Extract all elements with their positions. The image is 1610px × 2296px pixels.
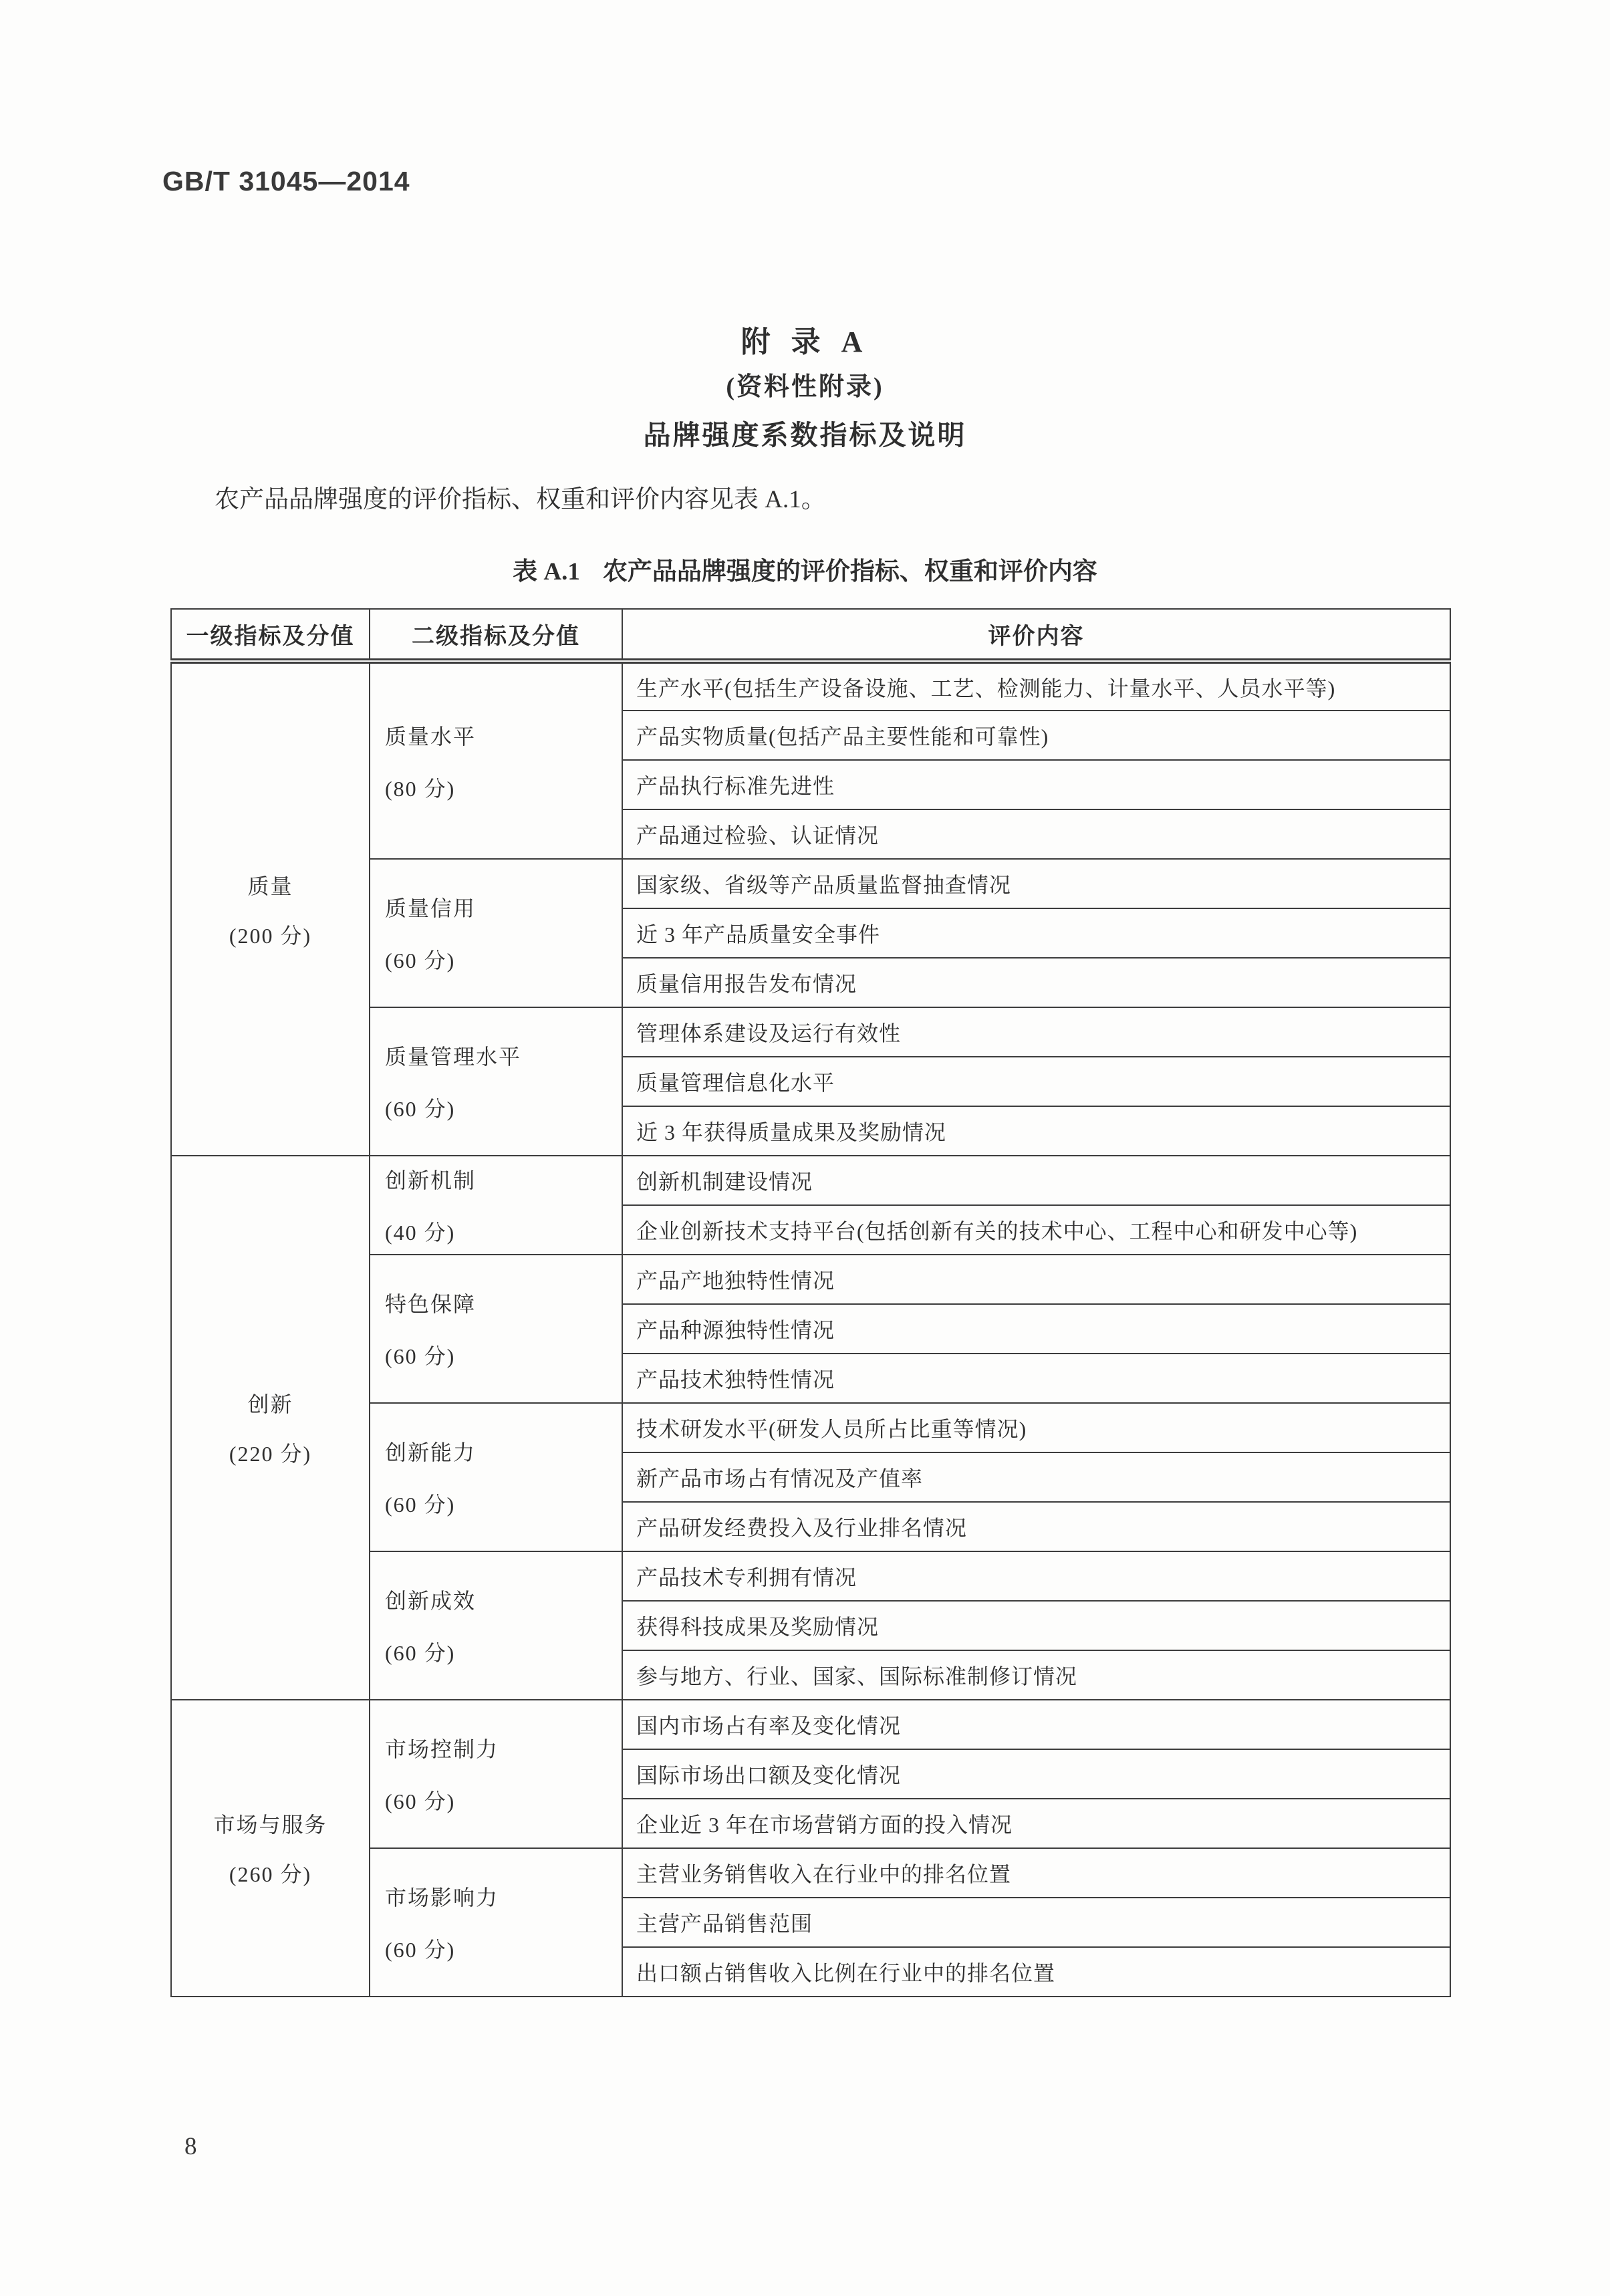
level2-name: 创新机制 [385,1164,621,1194]
evaluation-item: 国家级、省级等产品质量监督抽查情况 [622,859,1450,908]
evaluation-item: 产品研发经费投入及行业排名情况 [622,1502,1450,1551]
level2-score: (80 分) [385,772,621,803]
level2-score: (60 分) [385,1636,621,1667]
evaluation-item: 主营业务销售收入在行业中的排名位置 [622,1848,1450,1898]
level2-score: (60 分) [385,1933,621,1964]
evaluation-item: 产品执行标准先进性 [622,760,1450,809]
level1-score: (220 分) [172,1437,368,1468]
level2-cell-market-control: 市场控制力 (60 分) [370,1700,622,1848]
evaluation-item: 质量管理信息化水平 [622,1057,1450,1106]
level1-name: 创新 [172,1388,368,1418]
level1-cell-innovation: 创新 (220 分) [171,1156,370,1700]
evaluation-item: 管理体系建设及运行有效性 [622,1007,1450,1057]
level2-name: 创新能力 [385,1436,621,1466]
table-caption-label: 表 A.1 [513,558,580,586]
level2-cell-quality-level: 质量水平 (80 分) [370,661,622,859]
evaluation-item: 技术研发水平(研发人员所占比重等情况) [622,1403,1450,1452]
evaluation-item: 国内市场占有率及变化情况 [622,1700,1450,1749]
level1-score: (260 分) [172,1858,368,1888]
evaluation-item: 产品技术专利拥有情况 [622,1551,1450,1601]
level2-name: 特色保障 [385,1287,621,1318]
evaluation-item: 近 3 年产品质量安全事件 [622,908,1450,958]
evaluation-item: 创新机制建设情况 [622,1156,1450,1205]
level1-name: 质量 [172,870,368,900]
evaluation-item: 产品产地独特性情况 [622,1255,1450,1304]
evaluation-item: 参与地方、行业、国家、国际标准制修订情况 [622,1650,1450,1700]
table-row: 质量 (200 分) 质量水平 (80 分) 生产水平(包括生产设备设施、工艺、… [171,661,1450,711]
evaluation-item: 产品技术独特性情况 [622,1354,1450,1403]
table-caption-text: 农产品品牌强度的评价指标、权重和评价内容 [603,558,1097,586]
level2-name: 质量管理水平 [385,1040,621,1071]
evaluation-item: 企业创新技术支持平台(包括创新有关的技术中心、工程中心和研发中心等) [622,1205,1450,1255]
level2-cell-market-influence: 市场影响力 (60 分) [370,1848,622,1997]
level2-score: (60 分) [385,1092,621,1123]
level2-score: (60 分) [385,1340,621,1370]
evaluation-item: 生产水平(包括生产设备设施、工艺、检测能力、计量水平、人员水平等) [622,661,1450,711]
level2-cell-innovation-results: 创新成效 (60 分) [370,1551,622,1700]
evaluation-item: 产品实物质量(包括产品主要性能和可靠性) [622,711,1450,760]
evaluation-table: 一级指标及分值 二级指标及分值 评价内容 质量 (200 分) 质量水平 (80… [170,608,1451,1997]
evaluation-item: 产品种源独特性情况 [622,1304,1450,1354]
evaluation-item: 主营产品销售范围 [622,1898,1450,1947]
level2-cell-innovation-mechanism: 创新机制 (40 分) [370,1156,622,1255]
header-content: 评价内容 [622,609,1450,661]
document-page: GB/T 31045—2014 附 录 A (资料性附录) 品牌强度系数指标及说… [0,0,1610,2296]
standard-number: GB/T 31045—2014 [162,166,410,197]
evaluation-item: 近 3 年获得质量成果及奖励情况 [622,1106,1450,1156]
intro-paragraph: 农产品品牌强度的评价指标、权重和评价内容见表 A.1。 [165,479,1455,515]
level2-score: (60 分) [385,1785,621,1815]
level2-score: (60 分) [385,944,621,975]
level2-name: 质量信用 [385,892,621,922]
level2-cell-quality-credit: 质量信用 (60 分) [370,859,622,1007]
evaluation-item: 获得科技成果及奖励情况 [622,1601,1450,1650]
evaluation-item: 新产品市场占有情况及产值率 [622,1452,1450,1502]
table-header-row: 一级指标及分值 二级指标及分值 评价内容 [171,609,1450,661]
evaluation-item: 质量信用报告发布情况 [622,958,1450,1007]
level1-name: 市场与服务 [172,1808,368,1839]
evaluation-item: 出口额占销售收入比例在行业中的排名位置 [622,1947,1450,1997]
level1-cell-quality: 质量 (200 分) [171,661,370,1156]
table-row: 创新 (220 分) 创新机制 (40 分) 创新机制建设情况 [171,1156,1450,1205]
level1-cell-market-service: 市场与服务 (260 分) [171,1700,370,1997]
level2-score: (60 分) [385,1488,621,1519]
level2-name: 市场影响力 [385,1881,621,1912]
evaluation-item: 产品通过检验、认证情况 [622,809,1450,859]
table-caption: 表 A.1农产品品牌强度的评价指标、权重和评价内容 [0,551,1610,587]
appendix-title: 附 录 A [0,317,1610,360]
header-level2: 二级指标及分值 [370,609,622,661]
level2-cell-feature-guarantee: 特色保障 (60 分) [370,1255,622,1403]
appendix-heading: 品牌强度系数指标及说明 [0,413,1610,453]
level2-name: 创新成效 [385,1584,621,1615]
level2-name: 市场控制力 [385,1733,621,1763]
page-number: 8 [184,2132,197,2161]
table-row: 市场与服务 (260 分) 市场控制力 (60 分) 国内市场占有率及变化情况 [171,1700,1450,1749]
evaluation-item: 企业近 3 年在市场营销方面的投入情况 [622,1799,1450,1848]
evaluation-item: 国际市场出口额及变化情况 [622,1749,1450,1799]
level2-cell-innovation-ability: 创新能力 (60 分) [370,1403,622,1551]
level2-score: (40 分) [385,1216,621,1247]
level2-name: 质量水平 [385,720,621,751]
level1-score: (200 分) [172,919,368,950]
level2-cell-quality-management: 质量管理水平 (60 分) [370,1007,622,1156]
header-level1: 一级指标及分值 [171,609,370,661]
appendix-subtitle: (资料性附录) [0,366,1610,402]
